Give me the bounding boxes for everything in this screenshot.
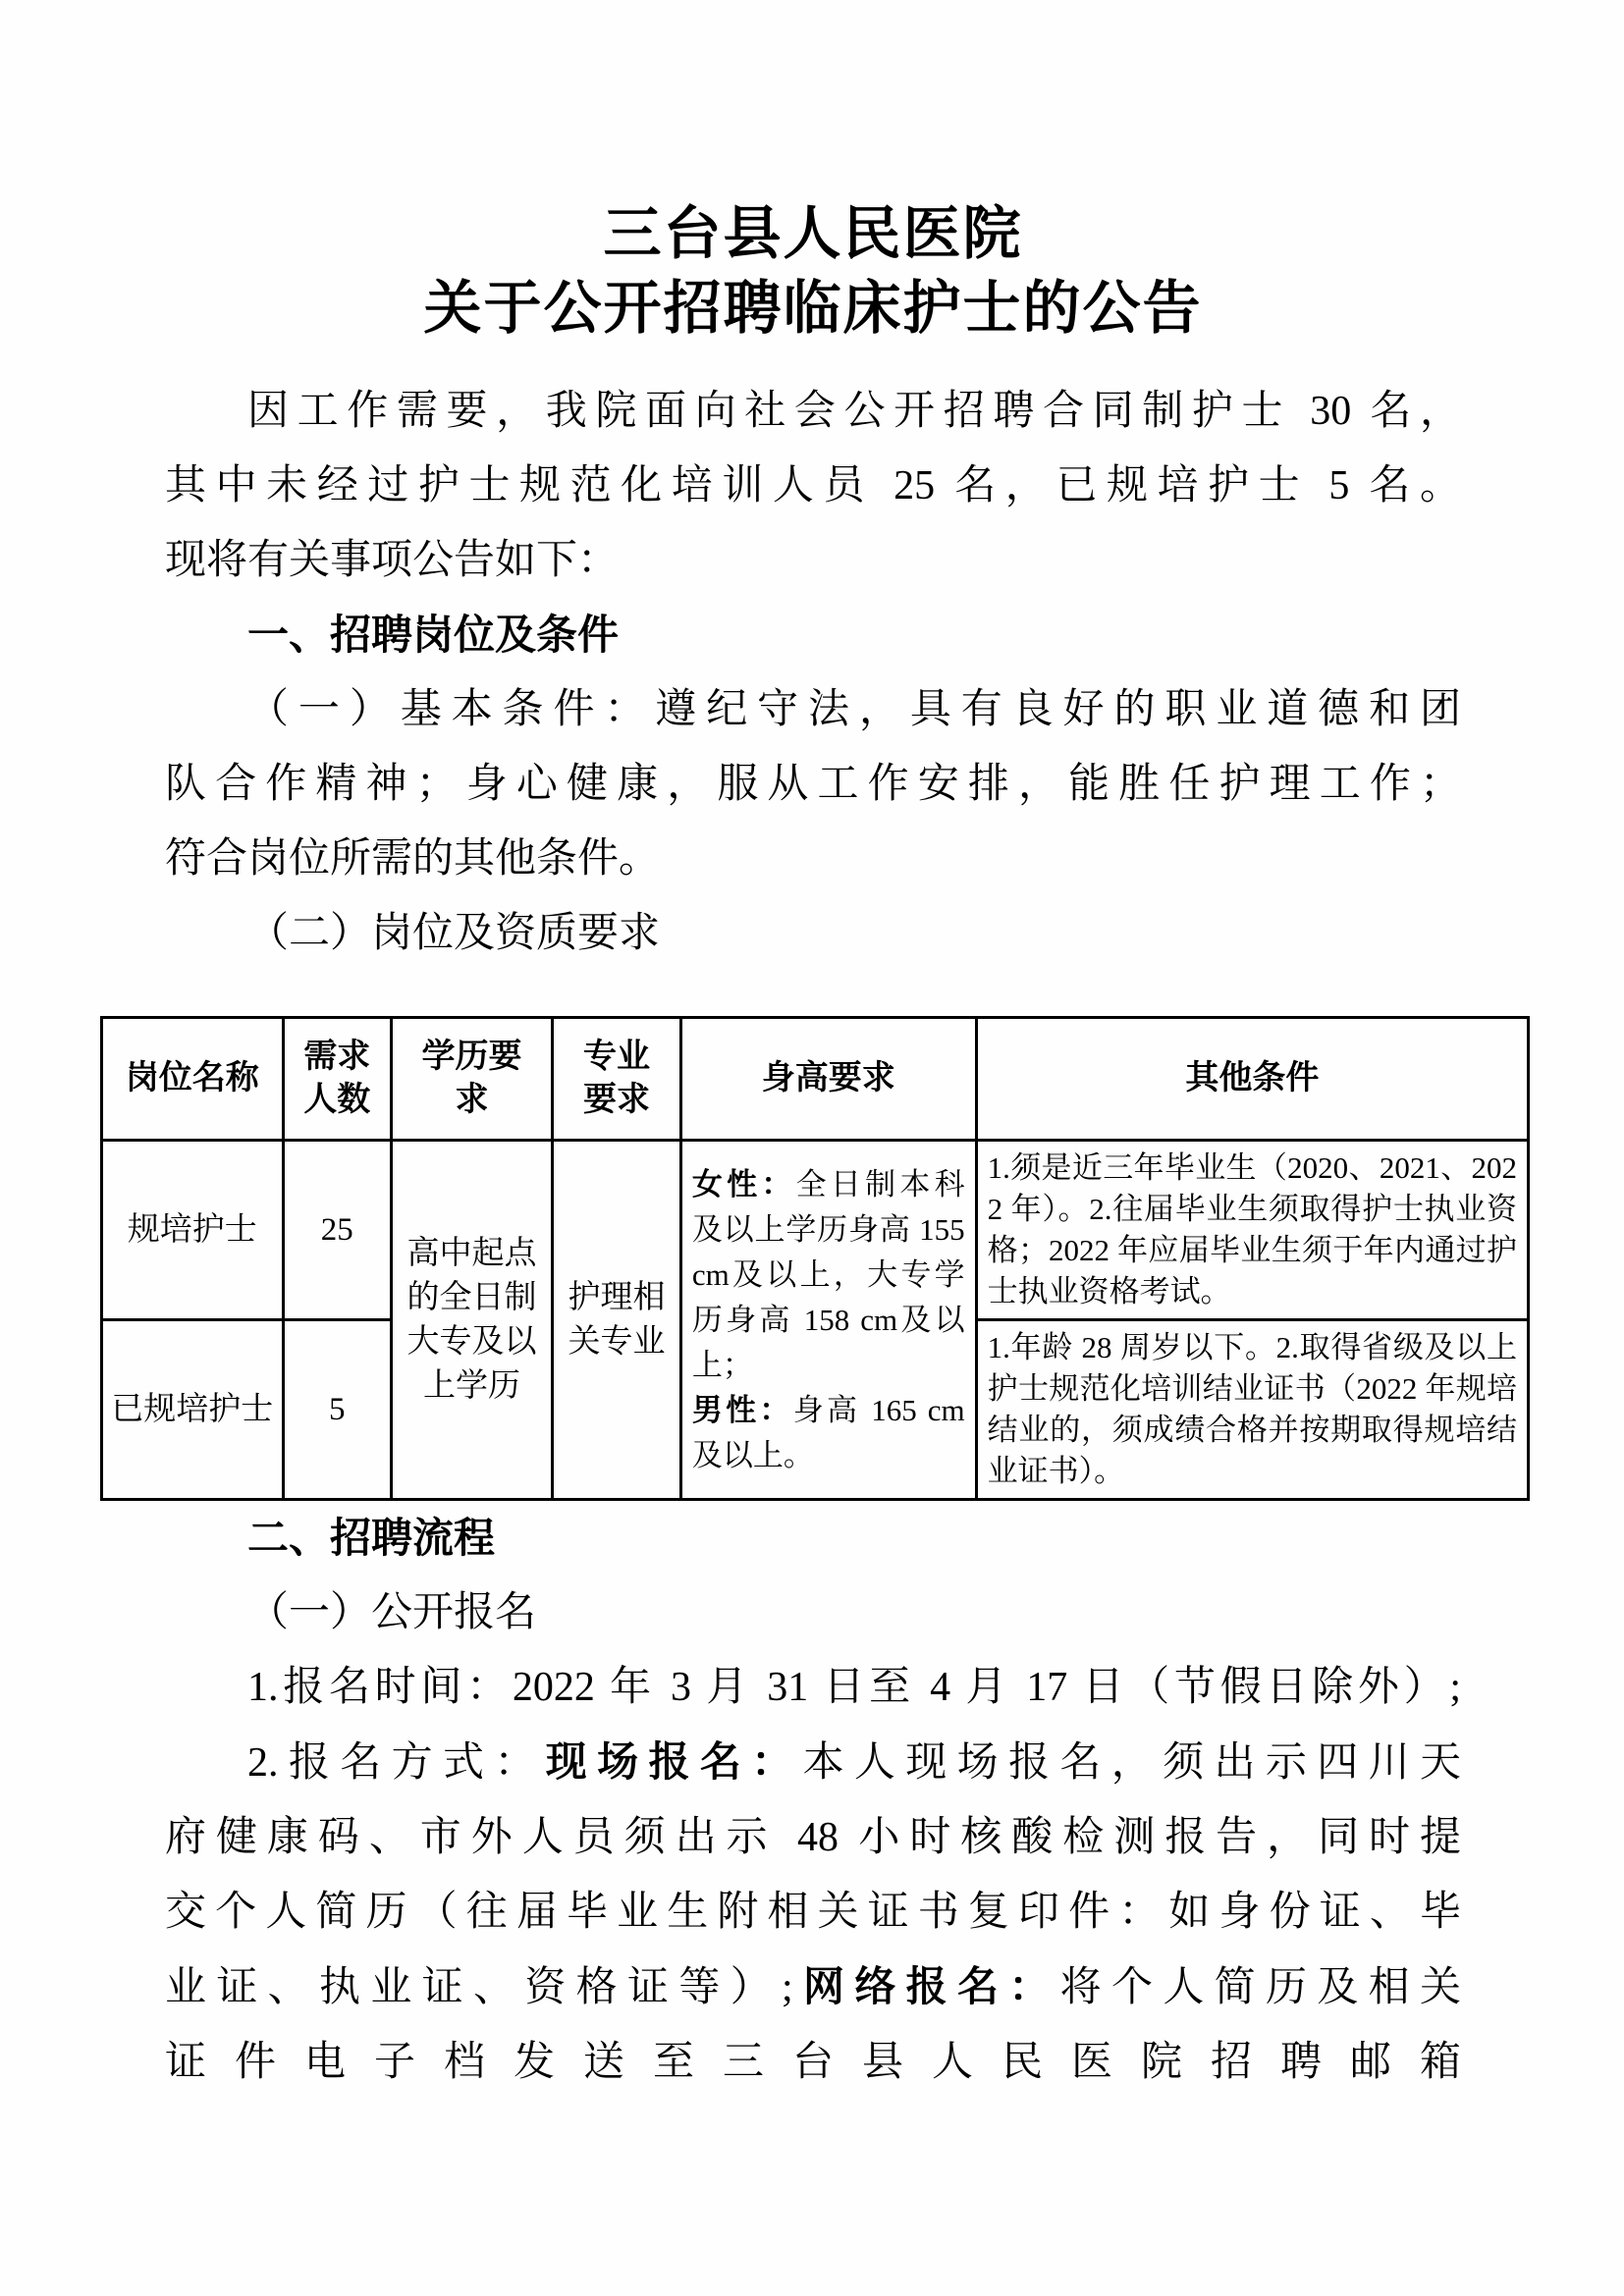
online-text: 将个人简历及相关 <box>1060 1965 1461 2010</box>
cell-education: 高中起点的全日制大专及以上学历 <box>391 1141 552 1500</box>
intro-line: 现将有关事项公告如下： <box>165 523 1461 598</box>
basic-conditions-paragraph: （一）基本条件：遵纪守法，具有良好的职业道德和团 队合作精神；身心健康，服从工作… <box>165 672 1461 896</box>
registration-method-line: 2.报名方式：现场报名：本人现场报名，须出示四川天 <box>165 1725 1461 1800</box>
requirements-table: 岗位名称 需求人数 学历要求 专业要求 身高要求 其他条件 规培护士 25 高中… <box>100 1016 1530 1501</box>
cell-count-1: 25 <box>283 1141 391 1320</box>
basic-conditions-line: 符合岗位所需的其他条件。 <box>165 822 1461 896</box>
th-height: 身高要求 <box>680 1018 976 1141</box>
th-major: 专业要求 <box>553 1018 681 1141</box>
basic-conditions-line: （一）基本条件：遵纪守法，具有良好的职业道德和团 <box>165 672 1461 747</box>
height-male: 男性：身高 165 cm及以上。 <box>692 1388 965 1478</box>
section2-heading: 二、招聘流程 <box>165 1501 1461 1575</box>
intro-line: 其中未经过护士规范化培训人员 25 名，已规培护士 5 名。 <box>165 449 1461 523</box>
onsite-label: 现场报名： <box>546 1738 803 1785</box>
registration-method-paragraph: 2.报名方式：现场报名：本人现场报名，须出示四川天 府健康码、市外人员须出示 4… <box>165 1725 1461 2100</box>
registration-method-line: 交个人简历（往届毕业生附相关证书复印件：如身份证、毕 <box>165 1875 1461 1949</box>
cell-position-2: 已规培护士 <box>102 1320 284 1500</box>
cell-height-requirement: 女性：全日制本科及以上学历身高 155 cm及以上，大专学历身高 158 cm及… <box>680 1141 976 1500</box>
certs-text: 业证、执业证、资格证等）; <box>165 1965 793 2010</box>
th-headcount: 需求人数 <box>283 1018 391 1141</box>
registration-method-line: 业证、执业证、资格证等）;网络报名：将个人简历及相关 <box>165 1949 1461 2025</box>
th-education: 学历要求 <box>391 1018 552 1141</box>
requirements-table-wrapper: 岗位名称 需求人数 学历要求 专业要求 身高要求 其他条件 规培护士 25 高中… <box>100 1016 1530 1501</box>
title-line-1: 三台县人民医院 <box>165 196 1461 271</box>
document-content: 三台县人民医院 关于公开招聘临床护士的公告 因工作需要，我院面向社会公开招聘合同… <box>0 0 1624 971</box>
female-label: 女性： <box>692 1167 796 1201</box>
table-row: 规培护士 25 高中起点的全日制大专及以上学历 护理相关专业 女性：全日制本科及… <box>102 1141 1529 1320</box>
cell-major: 护理相关专业 <box>553 1141 681 1500</box>
section1-heading: 一、招聘岗位及条件 <box>165 598 1461 672</box>
basic-conditions-line: 队合作精神；身心健康，服从工作安排，能胜任护理工作； <box>165 747 1461 822</box>
title-line-2: 关于公开招聘临床护士的公告 <box>165 271 1461 346</box>
registration-method-line: 证件电子档发送至三台县人民医院招聘邮箱 <box>165 2025 1461 2100</box>
registration-method-line: 府健康码、市外人员须出示 48 小时核酸检测报告，同时提 <box>165 1800 1461 1875</box>
cell-other-1: 1.须是近三年毕业生（2020、2021、2022 年）。2.往届毕业生须取得护… <box>976 1141 1528 1320</box>
section2-sub1: （一）公开报名 <box>165 1575 1461 1650</box>
cell-position-1: 规培护士 <box>102 1141 284 1320</box>
onsite-text: 本人现场报名，须出示四川天 <box>803 1740 1461 1786</box>
height-female: 女性：全日制本科及以上学历身高 155 cm及以上，大专学历身高 158 cm及… <box>692 1162 965 1388</box>
cell-count-2: 5 <box>283 1320 391 1500</box>
th-position-name: 岗位名称 <box>102 1018 284 1141</box>
method-prefix: 2.报名方式： <box>247 1740 546 1786</box>
male-label: 男性： <box>692 1393 793 1427</box>
section1-sub2: （二）岗位及资质要求 <box>165 896 1461 971</box>
th-other: 其他条件 <box>976 1018 1528 1141</box>
document-page: 三台县人民医院 关于公开招聘临床护士的公告 因工作需要，我院面向社会公开招聘合同… <box>0 0 1624 2296</box>
table-header-row: 岗位名称 需求人数 学历要求 专业要求 身高要求 其他条件 <box>102 1018 1529 1141</box>
intro-paragraph: 因工作需要，我院面向社会公开招聘合同制护士 30 名， 其中未经过护士规范化培训… <box>165 374 1461 598</box>
registration-time-line: 1.报名时间：2022 年 3 月 31 日至 4 月 17 日（节假日除外）; <box>165 1650 1461 1725</box>
cell-other-2: 1.年龄 28 周岁以下。2.取得省级及以上护士规范化培训结业证书（2022 年… <box>976 1320 1528 1500</box>
online-label: 网络报名： <box>793 1963 1060 2009</box>
intro-line: 因工作需要，我院面向社会公开招聘合同制护士 30 名， <box>165 374 1461 449</box>
document-title: 三台县人民医院 关于公开招聘临床护士的公告 <box>165 196 1461 346</box>
section2-content: 二、招聘流程 （一）公开报名 1.报名时间：2022 年 3 月 31 日至 4… <box>0 1501 1624 2100</box>
